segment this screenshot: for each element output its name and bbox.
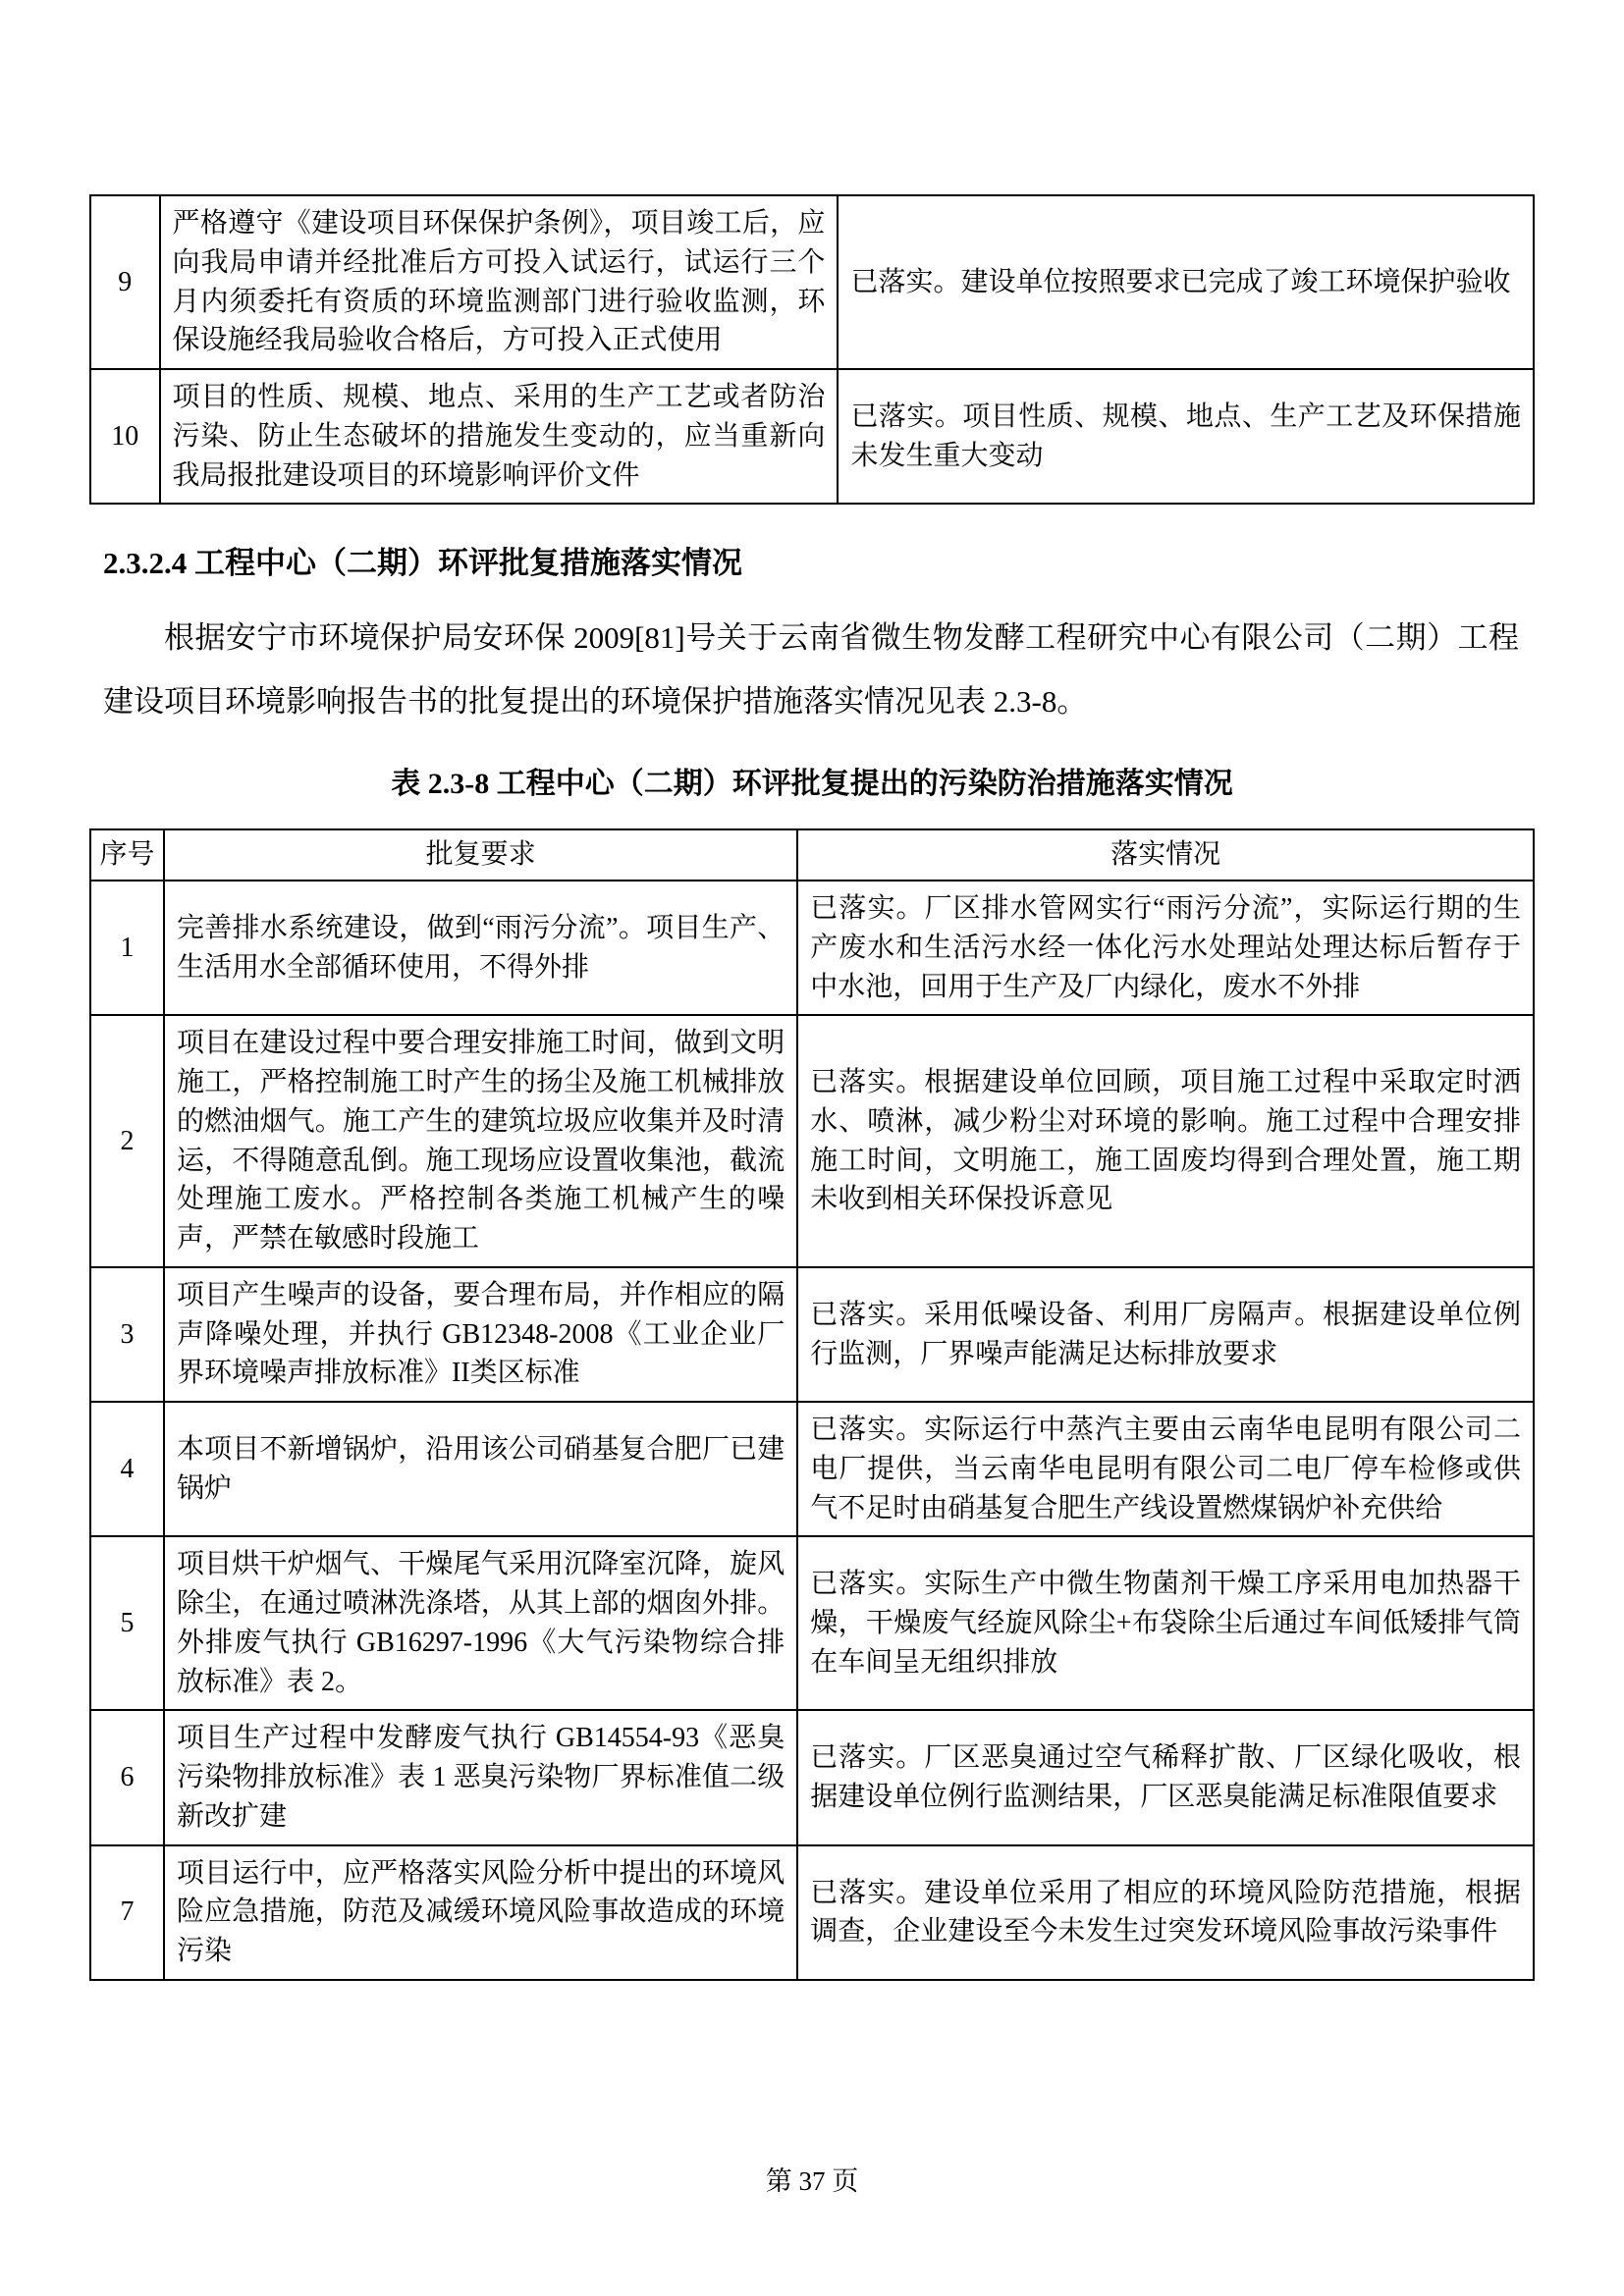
approval-table-continuation: 9 严格遵守《建设项目环保保护条例》，项目竣工后，应向我局申请并经批准后方可投入…	[89, 194, 1535, 505]
approval-requirement: 项目生产过程中发酵废气执行 GB14554-93《恶臭污染物排放标准》表 1 恶…	[164, 1710, 797, 1844]
intro-paragraph: 根据安宁市环境保护局安环保 2009[81]号关于云南省微生物发酵工程研究中心有…	[103, 606, 1519, 733]
row-number: 1	[90, 881, 164, 1015]
implementation-status: 已落实。采用低噪设备、利用厂房隔声。根据建设单位例行监测，厂界噪声能满足达标排放…	[797, 1267, 1534, 1402]
section-heading: 2.3.2.4 工程中心（二期）环评批复措施落实情况	[103, 538, 1535, 582]
page-number: 第 37 页	[0, 2160, 1624, 2198]
approval-requirement: 完善排水系统建设，做到“雨污分流”。项目生产、生活用水全部循环使用，不得外排	[164, 881, 797, 1015]
table-row: 3 项目产生噪声的设备，要合理布局，并作相应的隔声降噪处理，并执行 GB1234…	[90, 1267, 1534, 1402]
implementation-status: 已落实。厂区恶臭通过空气稀释扩散、厂区绿化吸收，根据建设单位例行监测结果，厂区恶…	[797, 1710, 1534, 1844]
implementation-status: 已落实。建设单位采用了相应的环境风险防范措施，根据调查，企业建设至今未发生过突发…	[797, 1845, 1534, 1980]
document-page: 9 严格遵守《建设项目环保保护条例》，项目竣工后，应向我局申请并经批准后方可投入…	[0, 0, 1624, 2296]
approval-requirement: 严格遵守《建设项目环保保护条例》，项目竣工后，应向我局申请并经批准后方可投入试运…	[160, 195, 839, 369]
approval-requirement: 项目烘干炉烟气、干燥尾气采用沉降室沉降，旋风除尘，在通过喷淋洗涤塔，从其上部的烟…	[164, 1536, 797, 1710]
approval-requirement: 项目产生噪声的设备，要合理布局，并作相应的隔声降噪处理，并执行 GB12348-…	[164, 1267, 797, 1402]
row-number: 3	[90, 1267, 164, 1402]
row-number: 10	[90, 369, 160, 504]
column-header-requirement: 批复要求	[164, 829, 797, 881]
row-number: 5	[90, 1536, 164, 1710]
table-row: 2 项目在建设过程中要合理安排施工时间，做到文明施工，严格控制施工时产生的扬尘及…	[90, 1015, 1534, 1267]
approval-requirement: 项目的性质、规模、地点、采用的生产工艺或者防治污染、防止生态破坏的措施发生变动的…	[160, 369, 839, 504]
table-caption: 表 2.3-8 工程中心（二期）环评批复提出的污染防治措施落实情况	[89, 759, 1535, 802]
table-row: 5 项目烘干炉烟气、干燥尾气采用沉降室沉降，旋风除尘，在通过喷淋洗涤塔，从其上部…	[90, 1536, 1534, 1710]
table-row: 7 项目运行中，应严格落实风险分析中提出的环境风险应急措施，防范及减缓环境风险事…	[90, 1845, 1534, 1980]
table-header-row: 序号 批复要求 落实情况	[90, 829, 1534, 881]
measures-implementation-table: 序号 批复要求 落实情况 1 完善排水系统建设，做到“雨污分流”。项目生产、生活…	[89, 828, 1535, 1981]
implementation-status: 已落实。实际运行中蒸汽主要由云南华电昆明有限公司二电厂提供，当云南华电昆明有限公…	[797, 1402, 1534, 1536]
column-header-implementation: 落实情况	[797, 829, 1534, 881]
table-row: 10 项目的性质、规模、地点、采用的生产工艺或者防治污染、防止生态破坏的措施发生…	[90, 369, 1534, 504]
approval-requirement: 项目运行中，应严格落实风险分析中提出的环境风险应急措施，防范及减缓环境风险事故造…	[164, 1845, 797, 1980]
implementation-status: 已落实。根据建设单位回顾，项目施工过程中采取定时洒水、喷淋，减少粉尘对环境的影响…	[797, 1015, 1534, 1267]
table-row: 1 完善排水系统建设，做到“雨污分流”。项目生产、生活用水全部循环使用，不得外排…	[90, 881, 1534, 1015]
approval-requirement: 本项目不新增锅炉，沿用该公司硝基复合肥厂已建锅炉	[164, 1402, 797, 1536]
table-row: 4 本项目不新增锅炉，沿用该公司硝基复合肥厂已建锅炉 已落实。实际运行中蒸汽主要…	[90, 1402, 1534, 1536]
implementation-status: 已落实。项目性质、规模、地点、生产工艺及环保措施未发生重大变动	[838, 369, 1534, 504]
implementation-status: 已落实。厂区排水管网实行“雨污分流”，实际运行期的生产废水和生活污水经一体化污水…	[797, 881, 1534, 1015]
implementation-status: 已落实。实际生产中微生物菌剂干燥工序采用电加热器干燥，干燥废气经旋风除尘+布袋除…	[797, 1536, 1534, 1710]
approval-requirement: 项目在建设过程中要合理安排施工时间，做到文明施工，严格控制施工时产生的扬尘及施工…	[164, 1015, 797, 1267]
implementation-status: 已落实。建设单位按照要求已完成了竣工环境保护验收	[838, 195, 1534, 369]
row-number: 7	[90, 1845, 164, 1980]
column-header-no: 序号	[90, 829, 164, 881]
row-number: 4	[90, 1402, 164, 1536]
table-row: 6 项目生产过程中发酵废气执行 GB14554-93《恶臭污染物排放标准》表 1…	[90, 1710, 1534, 1844]
row-number: 6	[90, 1710, 164, 1844]
row-number: 2	[90, 1015, 164, 1267]
row-number: 9	[90, 195, 160, 369]
table-row: 9 严格遵守《建设项目环保保护条例》，项目竣工后，应向我局申请并经批准后方可投入…	[90, 195, 1534, 369]
